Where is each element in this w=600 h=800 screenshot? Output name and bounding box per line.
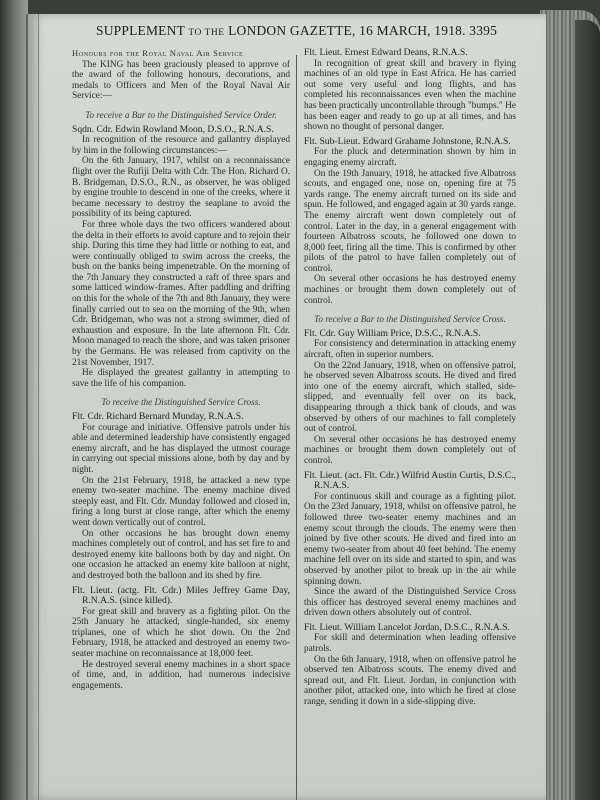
citation-paragraph: Since the award of the Distinguished Ser…: [304, 587, 516, 619]
citation-paragraph: For skill and determination when leading…: [304, 633, 516, 654]
recipient-name: Flt. Cdr. Richard Bernard Munday, R.N.A.…: [72, 412, 290, 423]
header-date: 16 MARCH, 1918.: [359, 23, 466, 38]
citation-paragraph: For consistency and determination in att…: [304, 339, 516, 360]
recipient-name: Sqdn. Cdr. Edwin Rowland Moon, D.S.O., R…: [72, 125, 290, 136]
citation-paragraph: For the pluck and determination shown by…: [304, 147, 516, 168]
citation-paragraph: On several other occasions he has destro…: [304, 274, 516, 306]
citation-paragraph: On the 6th January, 1918, when on offens…: [304, 655, 516, 708]
award-heading-dso-bar: To receive a Bar to the Distinguished Se…: [72, 110, 290, 121]
citation-paragraph: In recognition of the resource and galla…: [72, 135, 290, 156]
page-binding-line: [38, 14, 39, 800]
recipient-name: Flt. Sub-Lieut. Edward Grahame Johnstone…: [304, 137, 516, 148]
left-column: Honours for the Royal Naval Air Service …: [72, 48, 290, 691]
section-heading: Honours for the Royal Naval Air Service: [72, 48, 290, 59]
citation-paragraph: On other occasions he has brought down e…: [72, 529, 290, 582]
recipient-name: Flt. Lieut. (actg. Flt. Cdr.) Miles Jeff…: [72, 586, 290, 607]
page-header: SUPPLEMENT TO THE LONDON GAZETTE, 16 MAR…: [96, 23, 516, 39]
right-column: Flt. Lieut. Ernest Edward Deans, R.N.A.S…: [304, 48, 516, 708]
book-cover-edge: [575, 20, 600, 800]
header-title-supplement: SUPPLEMENT: [96, 23, 185, 38]
citation-paragraph: For great skill and bravery as a fightin…: [72, 607, 290, 660]
citation-paragraph: On the 6th January, 1917, whilst on a re…: [72, 156, 290, 220]
citation-paragraph: He destroyed several enemy machines in a…: [72, 660, 290, 692]
recipient-name: Flt. Lieut. William Lancelot Jordan, D.S…: [304, 623, 516, 634]
citation-paragraph: On the 19th January, 1918, he attacked f…: [304, 169, 516, 275]
recipient-name: Flt. Lieut. (act. Flt. Cdr.) Wilfrid Aus…: [304, 471, 516, 492]
citation-paragraph: On the 21st February, 1918, he attacked …: [72, 476, 290, 529]
citation-paragraph: For continuous skill and courage as a fi…: [304, 492, 516, 587]
citation-paragraph: For three whole days the two officers wa…: [72, 220, 290, 368]
citation-paragraph: For courage and initiative. Offensive pa…: [72, 423, 290, 476]
intro-paragraph: The KING has been graciously pleased to …: [72, 60, 290, 102]
citation-paragraph: On several other occasions he has destro…: [304, 435, 516, 467]
column-divider: [296, 55, 297, 800]
page-number: 3395: [469, 23, 497, 38]
citation-paragraph: On the 22nd January, 1918, when on offen…: [304, 361, 516, 435]
citation-paragraph: In recognition of great skill and braver…: [304, 59, 516, 133]
header-title-gazette: LONDON GAZETTE,: [228, 23, 355, 38]
recipient-name: Flt. Lieut. Ernest Edward Deans, R.N.A.S…: [304, 48, 516, 59]
award-heading-dsc-bar: To receive a Bar to the Distinguished Se…: [304, 314, 516, 325]
award-heading-dsc: To receive the Distinguished Service Cro…: [72, 397, 290, 408]
header-title-to-the: TO THE: [188, 28, 224, 38]
recipient-name: Flt. Cdr. Guy William Price, D.S.C., R.N…: [304, 329, 516, 340]
citation-paragraph: He displayed the greatest gallantry in a…: [72, 368, 290, 389]
background-left-edge: [0, 0, 28, 800]
